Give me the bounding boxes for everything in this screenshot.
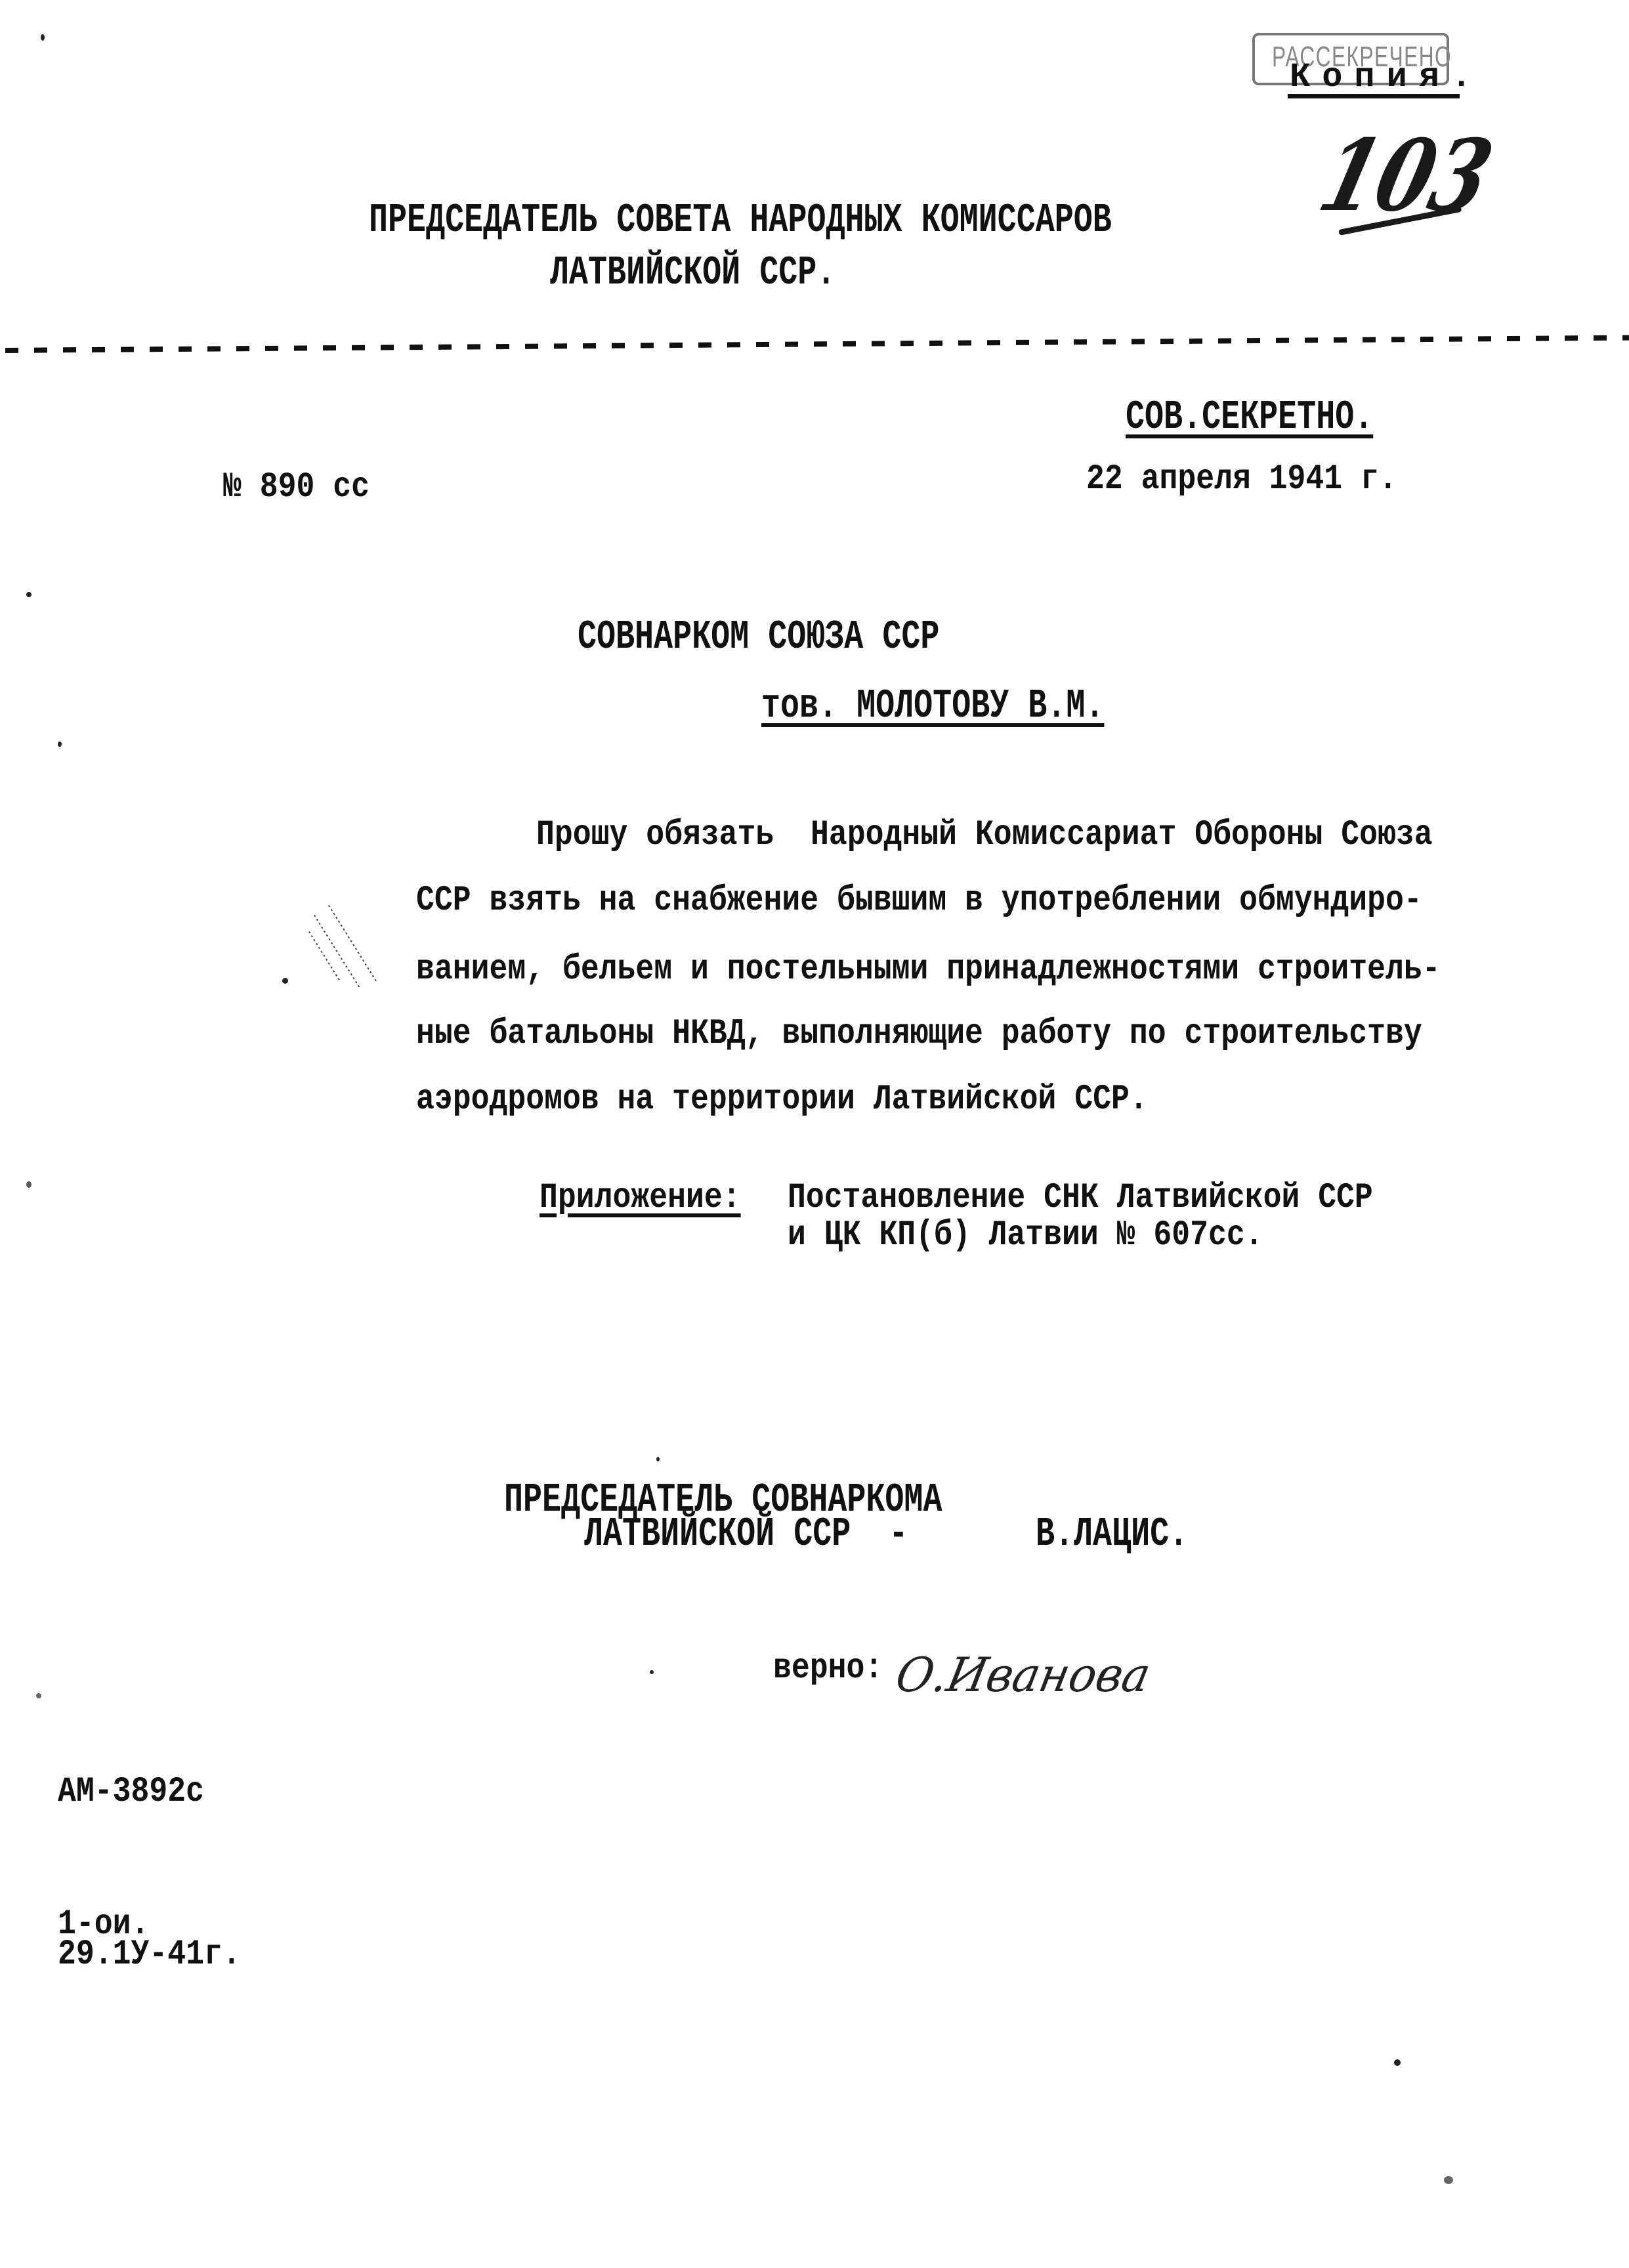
copy-label: Копия. xyxy=(1290,58,1483,96)
attachment-line2: и ЦК КП(б) Латвии № 607сс. xyxy=(788,1215,1263,1255)
scan-speck xyxy=(26,1181,32,1188)
body-line-2: ССР взять на снабжение бывшим в употребл… xyxy=(416,881,1422,921)
typed-date: 29.1У-41г. xyxy=(58,1935,241,1975)
document-number: № 890 сс xyxy=(223,467,370,507)
letterhead-line2: ЛАТВИЙСКОЙ ССР. xyxy=(550,249,836,296)
body-line-3: ванием, бельем и постельными принадлежно… xyxy=(416,950,1441,990)
scan-scratch xyxy=(308,931,341,982)
scan-speck xyxy=(26,592,32,597)
signatory-name: В.ЛАЦИС. xyxy=(1036,1511,1188,1557)
scan-speck xyxy=(1444,2176,1453,2184)
copy-underline xyxy=(1288,94,1460,98)
scan-speck xyxy=(41,34,45,41)
attachment-line1: Постановление СНК Латвийской ССР xyxy=(788,1178,1373,1218)
separator-dashed-line xyxy=(5,335,1629,353)
scan-speck xyxy=(656,1457,660,1461)
scan-speck xyxy=(282,978,288,984)
addressee-person: тов. МОЛОТОВУ В.М. xyxy=(761,682,1104,729)
scan-speck xyxy=(650,1670,654,1674)
certification-label: верно: xyxy=(773,1648,883,1689)
letterhead-line1: ПРЕДСЕДАТЕЛЬ СОВЕТА НАРОДНЫХ КОМИССАРОВ xyxy=(369,197,1112,243)
classification-mark: СОВ.СЕКРЕТНО. xyxy=(1126,394,1373,440)
body-line-1: Прошу обязать Народный Комиссариат Оборо… xyxy=(536,815,1433,855)
addressee-organization: СОВНАРКОМ СОЮЗА ССР xyxy=(578,614,939,660)
scan-speck xyxy=(36,1693,41,1698)
signatory-title-line2: ЛАТВИЙСКОЙ ССР - xyxy=(584,1511,908,1557)
attachment-label: Приложение: xyxy=(539,1178,741,1218)
body-line-5: аэродромов на территории Латвийской ССР. xyxy=(416,1080,1148,1120)
scan-speck xyxy=(58,742,62,747)
body-line-4: ные батальоны НКВД, выполняющие работу п… xyxy=(416,1014,1422,1054)
scan-speck xyxy=(1394,2059,1401,2066)
archive-reference: АМ-3892с xyxy=(58,1772,204,1812)
scan-scratch xyxy=(328,905,378,984)
certification-signature: О.Иванова xyxy=(891,1647,1155,1702)
document-date: 22 апреля 1941 г. xyxy=(1086,459,1397,499)
